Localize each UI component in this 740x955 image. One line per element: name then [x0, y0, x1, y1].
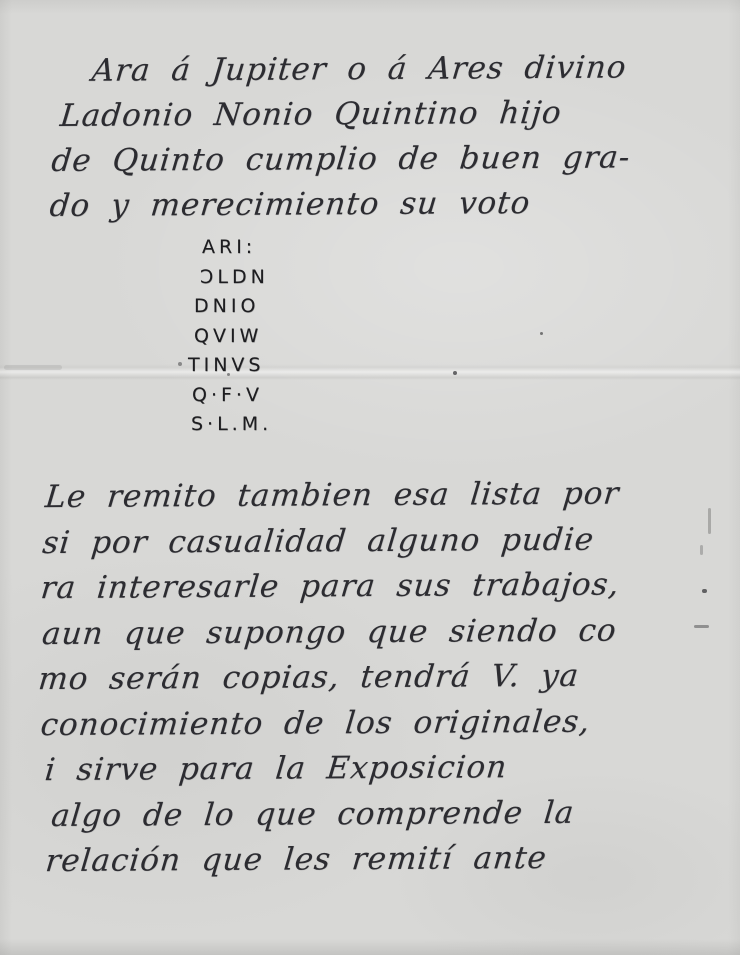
inscription-line: Q·F·V: [192, 381, 272, 411]
inscription-line: DNIO: [194, 292, 272, 322]
ink-speck: [540, 332, 543, 335]
scan-smudge: [4, 365, 62, 370]
inscription-line: ARI:: [202, 233, 272, 263]
handwriting-line: algo de lo que comprende la: [49, 789, 740, 839]
ink-speck: [708, 508, 711, 534]
ink-speck: [227, 373, 230, 376]
handwriting-line: do y merecimiento su voto: [48, 180, 721, 229]
letter-paragraph-remito-lista: Le remito tambien esa lista por si por c…: [35, 471, 737, 885]
handwriting-line: i sirve para la Exposicion: [43, 744, 740, 794]
inscription-line: ƆLDN: [200, 263, 272, 293]
handwritten-letter-scan: Ara á Jupiter o á Ares divino Ladonio No…: [0, 0, 740, 955]
handwriting-line: Ladonio Nonio Quintino hijo: [58, 90, 720, 139]
handwriting-line: aun que supongo que siendo co: [40, 607, 740, 657]
fold-crease: [0, 364, 740, 380]
handwriting-line: Le remito tambien esa lista por: [43, 471, 739, 521]
handwriting-line: conocimiento de los originales,: [38, 698, 740, 748]
ink-speck: [700, 545, 703, 555]
handwriting-line: Ara á Jupiter o á Ares divino: [90, 45, 720, 94]
handwriting-line: ra interesarle para sus trabajos,: [39, 562, 740, 612]
inscription-line: TINVS: [188, 351, 272, 381]
ink-speck: [453, 371, 457, 375]
ink-speck: [702, 589, 707, 593]
handwriting-line: de Quinto cumplio de buen gra-: [49, 135, 720, 184]
inscription-line: QVIW: [194, 322, 272, 352]
letter-paragraph-about-altar: Ara á Jupiter o á Ares divino Ladonio No…: [43, 45, 716, 229]
ink-speck: [178, 362, 182, 366]
handwriting-line: mo serán copias, tendrá V. ya: [36, 653, 740, 703]
handwriting-line: si por casualidad alguno pudie: [40, 516, 739, 566]
handwriting-line: relación que les remití ante: [43, 835, 740, 885]
latin-inscription-capitals: ARI: ƆLDN DNIO QVIW TINVS Q·F·V S·L.M.: [186, 233, 272, 440]
inscription-line: S·L.M.: [191, 410, 272, 440]
ink-speck: [694, 625, 709, 628]
